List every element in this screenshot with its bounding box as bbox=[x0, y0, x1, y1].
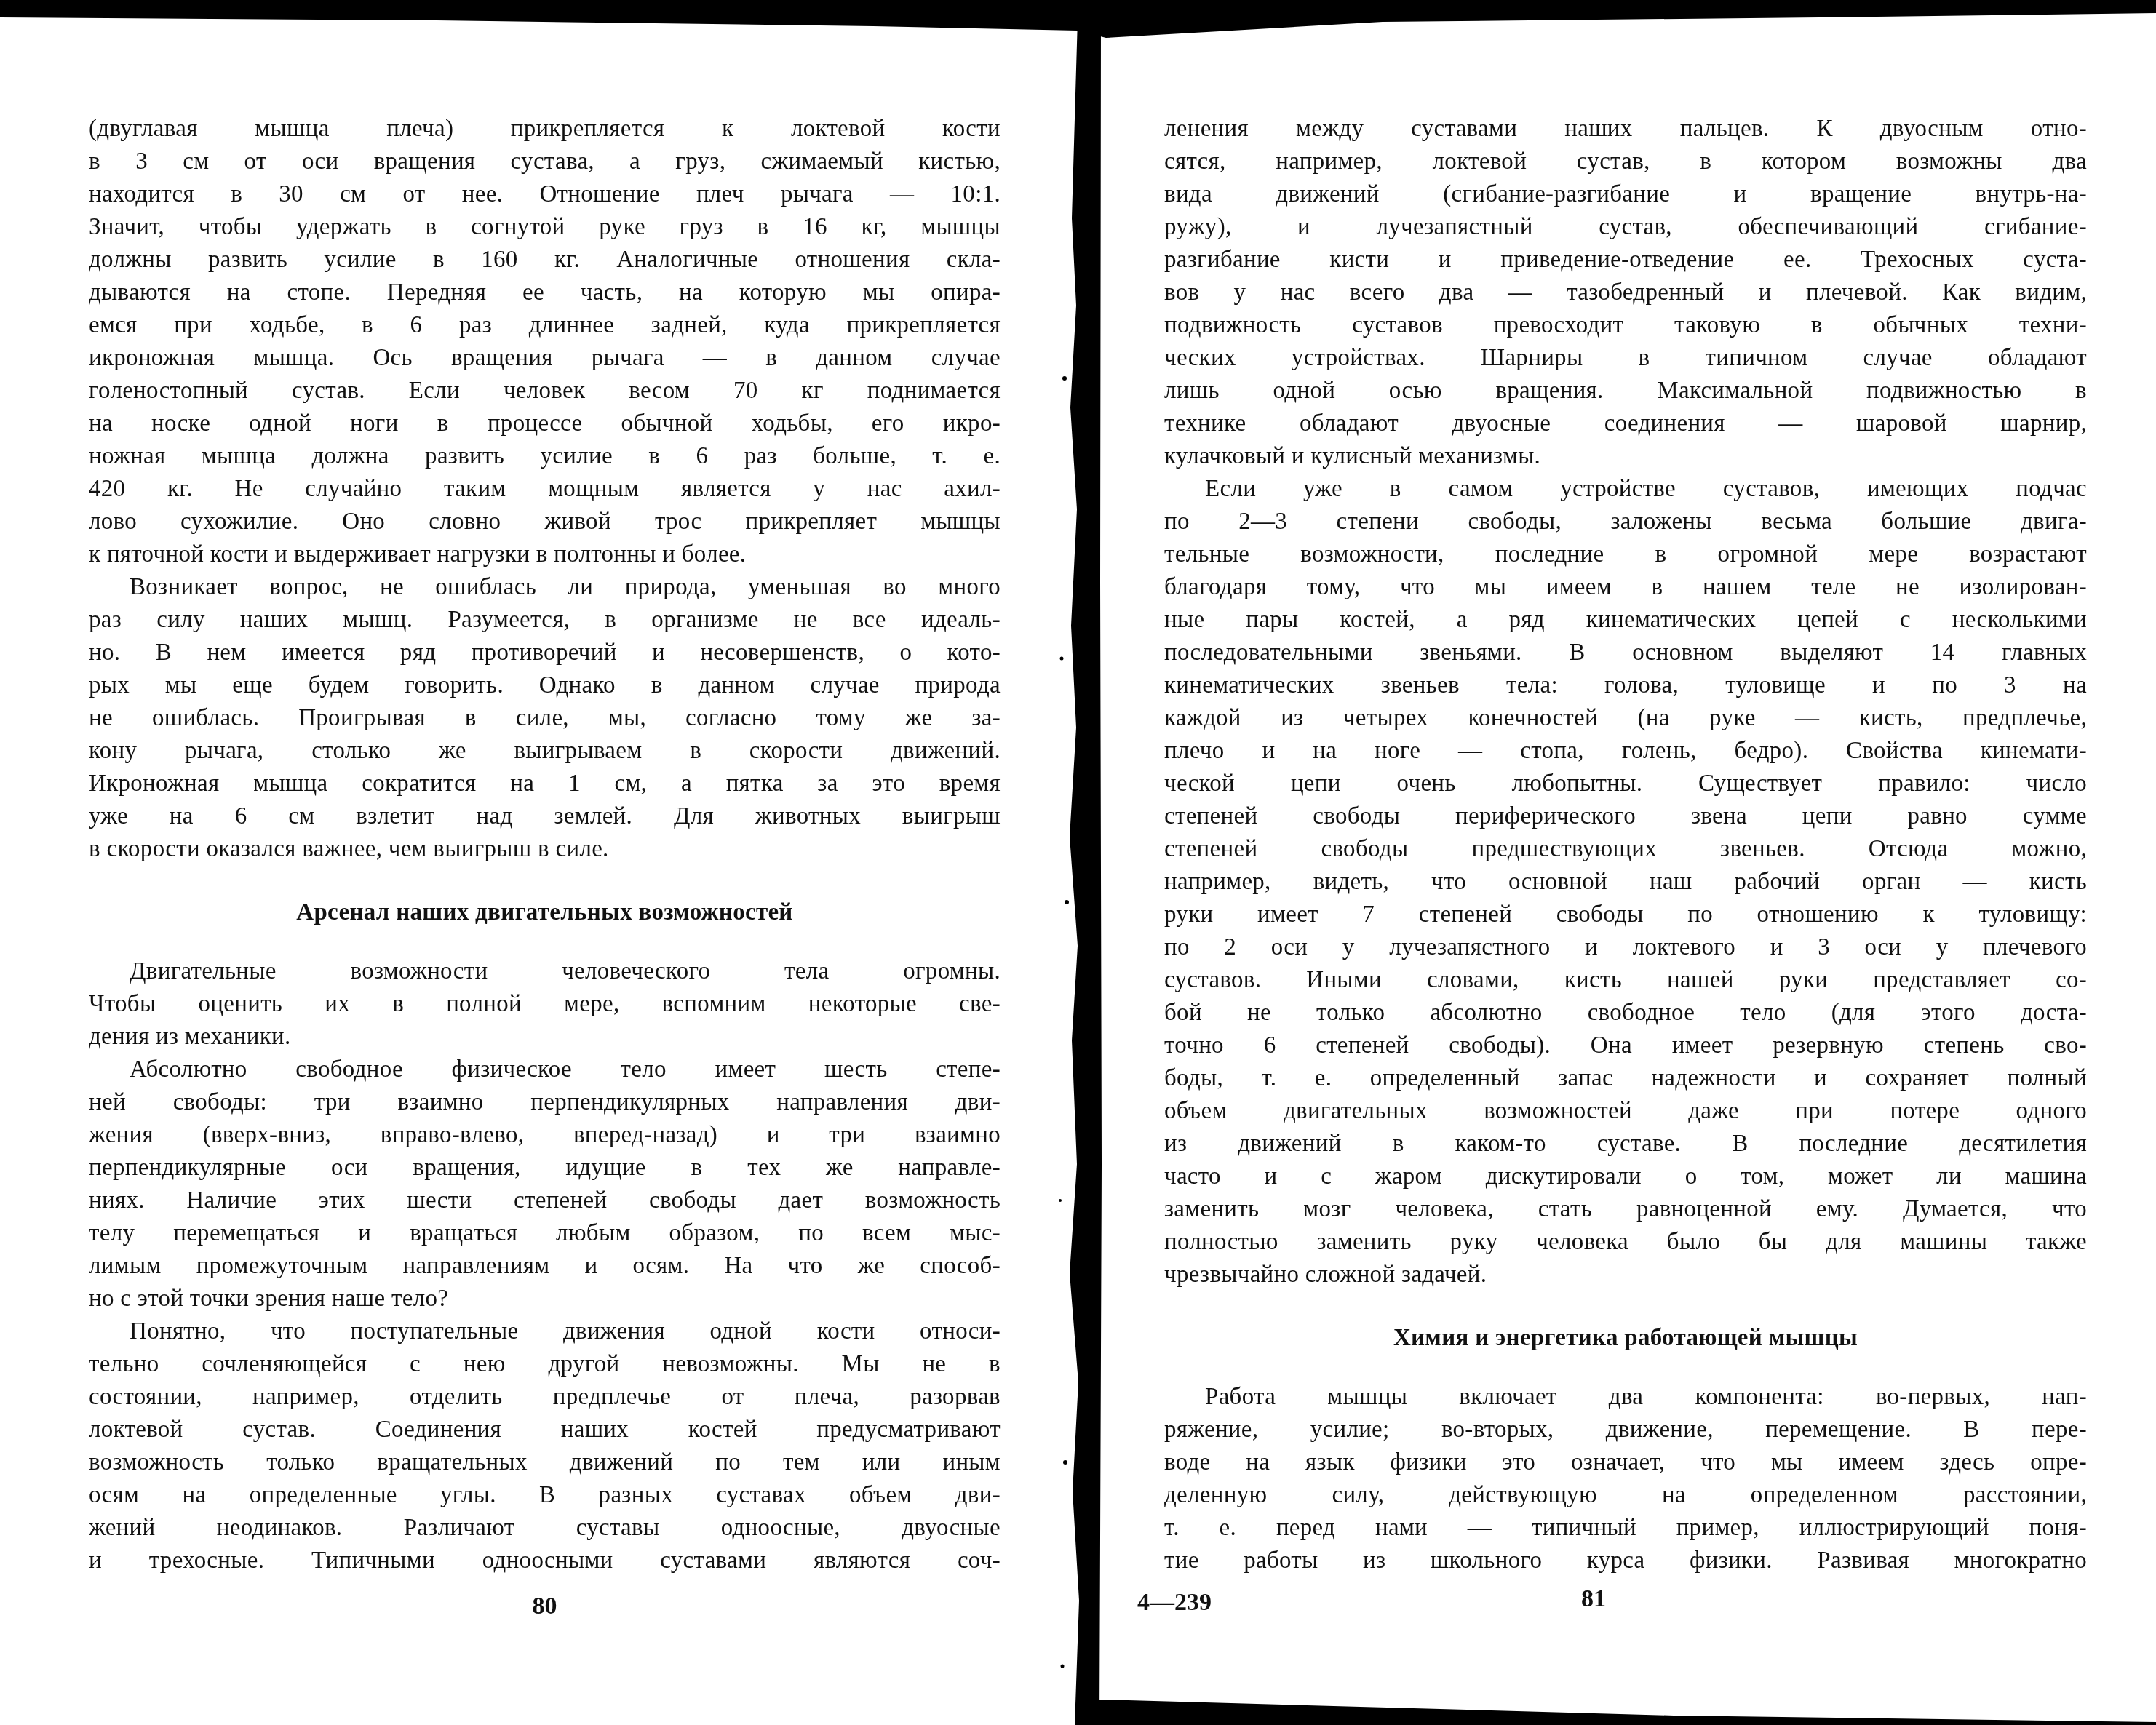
paragraph: Понятно, что поступательные движения одн… bbox=[89, 1315, 1001, 1577]
text-line: степеней свободы предшествующих звеньев.… bbox=[1164, 833, 2087, 866]
text-line: степеней свободы периферического звена ц… bbox=[1164, 800, 2087, 833]
text-line: ниях. Наличие этих шести степеней свобод… bbox=[89, 1184, 1001, 1217]
text-line: состоянии, например, отделить предплечье… bbox=[89, 1381, 1001, 1414]
text-line: ные пары костей, а ряд кинематических це… bbox=[1164, 604, 2087, 637]
text-line: заменить мозг человека, стать равноценно… bbox=[1164, 1193, 2087, 1226]
left-page-text: (двуглавая мышца плеча) прикрепляется к … bbox=[89, 113, 1001, 1577]
text-line: тельно сочленяющейся с нею другой невозм… bbox=[89, 1348, 1001, 1381]
text-line: Абсолютно свободное физическое тело имее… bbox=[89, 1053, 1001, 1086]
paragraph: Двигательные возможности человеческого т… bbox=[89, 955, 1001, 1053]
text-line: объем двигательных возможностей даже при… bbox=[1164, 1095, 2087, 1128]
left-page-number: 80 bbox=[89, 1592, 1001, 1621]
text-line: находится в 30 см от нее. Отношение плеч… bbox=[89, 178, 1001, 211]
text-line: к пяточной кости и выдерживает нагрузки … bbox=[89, 538, 1001, 571]
text-line: раз силу наших мышц. Разумеется, в орган… bbox=[89, 604, 1001, 637]
text-line: на носке одной ноги в процессе обычной х… bbox=[89, 407, 1001, 440]
paragraph: (двуглавая мышца плеча) прикрепляется к … bbox=[89, 113, 1001, 571]
text-line: сятся, например, локтевой сустав, в кото… bbox=[1164, 146, 2087, 178]
text-line: уже на 6 см взлетит над землей. Для живо… bbox=[89, 800, 1001, 833]
text-line: тельные возможности, последние в огромно… bbox=[1164, 538, 2087, 571]
text-line: боды, т. е. определенный запас надежност… bbox=[1164, 1062, 2087, 1095]
text-line: Значит, чтобы удержать в согнутой руке г… bbox=[89, 211, 1001, 244]
text-line: Двигательные возможности человеческого т… bbox=[89, 955, 1001, 988]
text-line: Если уже в самом устройстве суставов, им… bbox=[1164, 473, 2087, 506]
text-line: возможность только вращательных движений… bbox=[89, 1446, 1001, 1479]
text-line: (двуглавая мышца плеча) прикрепляется к … bbox=[89, 113, 1001, 146]
paragraph: Работа мышцы включает два компонента: во… bbox=[1164, 1381, 2087, 1577]
section-heading: Арсенал наших двигательных возможностей bbox=[89, 896, 1001, 929]
scan-top-edge bbox=[0, 0, 2156, 38]
right-page-text: ленения между суставами наших пальцев. К… bbox=[1164, 113, 2087, 1577]
scan-gutter-shadow bbox=[1070, 19, 1102, 1725]
text-line: ружу), и лучезапястный сустав, обеспечив… bbox=[1164, 211, 2087, 244]
text-line: Чтобы оценить их в полной мере, вспомним… bbox=[89, 988, 1001, 1021]
text-line: не ошиблась. Проигрывая в силе, мы, согл… bbox=[89, 702, 1001, 735]
text-line: например, видеть, что основной наш рабоч… bbox=[1164, 866, 2087, 899]
text-line: кулачковый и кулисный механизмы. bbox=[1164, 440, 2087, 473]
text-line: Понятно, что поступательные движения одн… bbox=[89, 1315, 1001, 1348]
text-line: ней свободы: три взаимно перпендикулярны… bbox=[89, 1086, 1001, 1119]
text-line: осям на определенные углы. В разных суст… bbox=[89, 1479, 1001, 1512]
text-line: но. В нем имеется ряд противоречий и нес… bbox=[89, 637, 1001, 669]
text-line: телу перемещаться и вращаться любым обра… bbox=[89, 1217, 1001, 1250]
text-line: т. е. перед нами — типичный пример, иллю… bbox=[1164, 1512, 2087, 1545]
text-line: подвижность суставов превосходит таковую… bbox=[1164, 309, 2087, 342]
text-line: по 2 оси у лучезапястного и локтевого и … bbox=[1164, 931, 2087, 964]
scan-bottom-edge bbox=[1099, 1700, 2156, 1725]
text-line: в 3 см от оси вращения сустава, а груз, … bbox=[89, 146, 1001, 178]
text-line: дения из механики. bbox=[89, 1021, 1001, 1053]
text-line: лово сухожилие. Оно словно живой трос пр… bbox=[89, 506, 1001, 538]
text-line: кинематических звеньев тела: голова, тул… bbox=[1164, 669, 2087, 702]
text-line: дываются на стопе. Передняя ее часть, на… bbox=[89, 276, 1001, 309]
right-page-number: 81 bbox=[1164, 1585, 2023, 1614]
text-line: рых мы еще будем говорить. Однако в данн… bbox=[89, 669, 1001, 702]
book-spread: (двуглавая мышца плеча) прикрепляется к … bbox=[0, 0, 2156, 1725]
scan-noise-dots bbox=[1059, 376, 1069, 1668]
text-line: лишь одной осью вращения. Максимальной п… bbox=[1164, 375, 2087, 407]
text-line: в скорости оказался важнее, чем выигрыш … bbox=[89, 833, 1001, 866]
text-line: и трехосные. Типичными одноосными сустав… bbox=[89, 1545, 1001, 1577]
text-line: плечо и на ноге — стопа, голень, бедро).… bbox=[1164, 735, 2087, 768]
text-line: каждой из четырех конечностей (на руке —… bbox=[1164, 702, 2087, 735]
paragraph: Абсолютно свободное физическое тело имее… bbox=[89, 1053, 1001, 1315]
paragraph: ленения между суставами наших пальцев. К… bbox=[1164, 113, 2087, 473]
text-line: чрезвычайно сложной задачей. bbox=[1164, 1259, 2087, 1291]
text-line: разгибание кисти и приведение-отведение … bbox=[1164, 244, 2087, 276]
text-line: ческой цепи очень любопытны. Существует … bbox=[1164, 768, 2087, 800]
text-line: ряжение, усилие; во-вторых, движение, пе… bbox=[1164, 1414, 2087, 1446]
text-line: ножная мышца должна развить усилие в 6 р… bbox=[89, 440, 1001, 473]
section-heading: Химия и энергетика работающей мышцы bbox=[1164, 1322, 2087, 1355]
text-line: Возникает вопрос, не ошиблась ли природа… bbox=[89, 571, 1001, 604]
paragraph: Если уже в самом устройстве суставов, им… bbox=[1164, 473, 2087, 1291]
text-line: 420 кг. Не случайно таким мощным являетс… bbox=[89, 473, 1001, 506]
text-line: вов у нас всего два — тазобедренный и пл… bbox=[1164, 276, 2087, 309]
text-line: голеностопный сустав. Если человек весом… bbox=[89, 375, 1001, 407]
text-line: икроножная мышца. Ось вращения рычага — … bbox=[89, 342, 1001, 375]
text-line: полностью заменить руку человека было бы… bbox=[1164, 1226, 2087, 1259]
text-line: деленную силу, действующую на определенн… bbox=[1164, 1479, 2087, 1512]
text-line: кону рычага, столько же выигрываем в ско… bbox=[89, 735, 1001, 768]
text-line: жения (вверх-вниз, вправо-влево, вперед-… bbox=[89, 1119, 1001, 1152]
text-line: локтевой сустав. Соединения наших костей… bbox=[89, 1414, 1001, 1446]
text-line: из движений в каком-то суставе. В послед… bbox=[1164, 1128, 2087, 1160]
text-line: точно 6 степеней свободы). Она имеет рез… bbox=[1164, 1029, 2087, 1062]
text-line: должны развить усилие в 160 кг. Аналогич… bbox=[89, 244, 1001, 276]
text-line: руки имеет 7 степеней свободы по отношен… bbox=[1164, 899, 2087, 931]
text-line: Икроножная мышца сократится на 1 см, а п… bbox=[89, 768, 1001, 800]
text-line: вида движений (сгибание-разгибание и вра… bbox=[1164, 178, 2087, 211]
text-line: бой не только абсолютно свободное тело (… bbox=[1164, 997, 2087, 1029]
text-line: часто и с жаром дискутировали о том, мож… bbox=[1164, 1160, 2087, 1193]
paragraph: Возникает вопрос, не ошиблась ли природа… bbox=[89, 571, 1001, 866]
text-line: перпендикулярные оси вращения, идущие в … bbox=[89, 1152, 1001, 1184]
text-line: по 2—3 степени свободы, заложены весьма … bbox=[1164, 506, 2087, 538]
text-line: тие работы из школьного курса физики. Ра… bbox=[1164, 1545, 2087, 1577]
text-line: благодаря тому, что мы имеем в нашем тел… bbox=[1164, 571, 2087, 604]
text-line: лимым промежуточным направлениям и осям.… bbox=[89, 1250, 1001, 1283]
text-line: но с этой точки зрения наше тело? bbox=[89, 1283, 1001, 1315]
text-line: суставов. Иными словами, кисть нашей рук… bbox=[1164, 964, 2087, 997]
text-line: жений неодинаков. Различают суставы одно… bbox=[89, 1512, 1001, 1545]
text-line: воде на язык физики это означает, что мы… bbox=[1164, 1446, 2087, 1479]
text-line: ческих устройствах. Шарниры в типичном с… bbox=[1164, 342, 2087, 375]
text-line: емся при ходьбе, в 6 раз длиннее задней,… bbox=[89, 309, 1001, 342]
text-line: последовательными звеньями. В основном в… bbox=[1164, 637, 2087, 669]
text-line: ленения между суставами наших пальцев. К… bbox=[1164, 113, 2087, 146]
text-line: технике обладают двуосные соединения — ш… bbox=[1164, 407, 2087, 440]
text-line: Работа мышцы включает два компонента: во… bbox=[1164, 1381, 2087, 1414]
